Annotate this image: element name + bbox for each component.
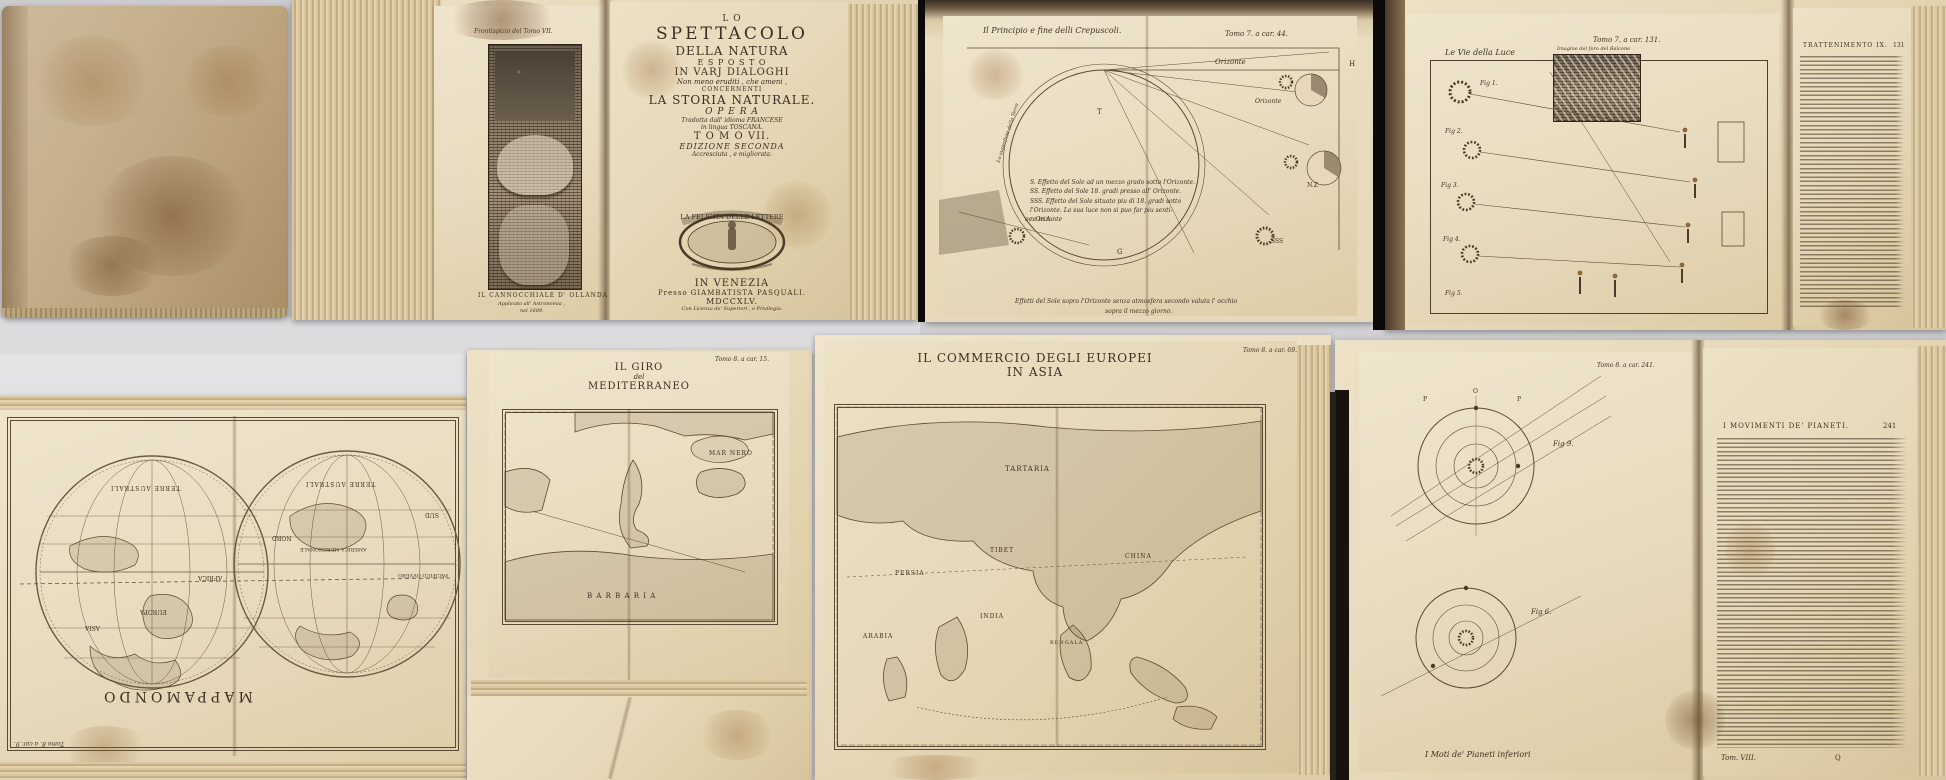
planets-diagram: [1361, 366, 1691, 766]
frontispiece-engraving: [488, 44, 582, 290]
lower-pages: [467, 696, 812, 780]
legend-line: S. Effetto del Sole ad un mezzo grado so…: [1030, 178, 1215, 187]
figure-label: Fig 3.: [1441, 182, 1459, 189]
diagram-point-H: H: [1349, 60, 1355, 68]
photo-mediterraneo: Tomo 8. a car. 15. IL GIRO del MEDITERRA…: [467, 350, 812, 780]
engraving-night-sky: [495, 51, 575, 121]
body-text-block: [1717, 438, 1907, 748]
cover-stain: [182, 46, 272, 116]
figure-label: Fig 5.: [1445, 290, 1463, 297]
title-line: O P E R A: [622, 107, 842, 117]
optics-diagram: [1430, 62, 1770, 312]
imprint-line: Con Licenza de' Superiori , e Privilegio…: [632, 306, 832, 312]
map-label-africa: AFRICA: [198, 574, 222, 581]
page-number: 131: [1893, 42, 1904, 49]
map-label-nord: NORD: [272, 534, 292, 541]
cover-stain: [62, 236, 162, 296]
frontispiece-header: Frontispizio del Tomo VII.: [474, 28, 553, 35]
inset-caption: Imagine del foro del Balcone: [1557, 46, 1630, 52]
plate-corner-reference: Tomo 8. a car. 9.: [14, 740, 64, 747]
photo-book-cover: [2, 6, 288, 318]
map-label-tibet: TIBET: [990, 547, 1014, 554]
title-line: L O: [622, 14, 842, 24]
map-label-china: CHINA: [1125, 553, 1152, 560]
map-label-sud: SUD: [425, 511, 439, 518]
photo-asia-map: Tomo 8. a car. 69. IL COMMERCIO DEGLI EU…: [815, 335, 1331, 780]
body-text-block: [1800, 56, 1904, 308]
frontispiece-caption: IL CANNOCCHIALE D' OLLANDA: [478, 292, 608, 299]
photo-gap: [1373, 0, 1385, 330]
cover-page-edges: [2, 308, 288, 318]
plate-bottom-caption: I Moti de' Pianeti inferiori: [1425, 750, 1531, 759]
title-line: EDIZIONE SECONDA: [622, 142, 842, 151]
legend-line: SS. Effetto del Sole 18. gradi presso al…: [1030, 187, 1215, 196]
map-label-persia: PERSIA: [895, 570, 925, 577]
photo-dark-edge: [1385, 0, 1405, 330]
fold-crease: [1055, 407, 1059, 747]
title-line: IN VARJ DIALOGHI: [622, 67, 842, 78]
book-photo-collage: Frontispizio del Tomo VII. IL CANNOCCHIA…: [0, 0, 1946, 780]
diagram-label-SSS: SSS: [1271, 238, 1283, 245]
figure-label: Fig 6.: [1531, 608, 1551, 616]
photo-crepuscoli-plate: Il Principio e fine delli Crepuscoli. To…: [925, 0, 1373, 322]
mediterranean-map: [505, 412, 773, 620]
title-line: T O M O VII.: [622, 131, 842, 142]
title-line: SPETTACOLO: [622, 24, 842, 44]
diagram-label-NZ: N.Z: [1307, 182, 1318, 189]
page-footer-signature: Q: [1835, 754, 1841, 762]
photo-title-spread: Frontispizio del Tomo VII. IL CANNOCCHIA…: [292, 0, 918, 320]
left-page-stack: [292, 0, 442, 320]
fold-crease: [1145, 16, 1149, 316]
imprint-block: IN VENEZIA Presso GIAMBATISTA PASQUALI. …: [632, 278, 832, 312]
photo-optics-spread: Le Vie della Luce Tomo 7. a car. 131. Im…: [1385, 0, 1946, 330]
engraving-figures: [499, 205, 569, 285]
title-line: Tradotta dall' idioma FRANCESE: [622, 117, 842, 124]
map-title-line: IL COMMERCIO DEGLI EUROPEI: [895, 351, 1175, 365]
photo-planets-spread: Tomo 8. a car. 241. P O: [1335, 340, 1946, 780]
map-title-mappamondo: MAPPAMONDO: [100, 688, 253, 704]
page-footer-volume: Tom. VIII.: [1721, 754, 1756, 762]
title-line: E S P O S T O: [622, 58, 842, 67]
plate-title: Le Vie della Luce: [1445, 48, 1515, 57]
map-label-asia: ASIA: [85, 624, 100, 631]
right-page-stack: [1297, 345, 1331, 775]
figure-label: Fig 4.: [1443, 236, 1461, 243]
diagram-point-O: O: [1473, 388, 1478, 395]
cover-spine: [2, 6, 28, 318]
photo-dark-edge: [1335, 390, 1349, 780]
map-title-line: MEDITERRANEO: [559, 381, 719, 392]
figure-label: Fig 2.: [1445, 128, 1463, 135]
right-page-stack: [1917, 346, 1946, 776]
plate-corner-reference: Tomo 8. a car. 69.: [1243, 347, 1297, 354]
title-line: Accresciuta , e migliorata.: [622, 151, 842, 158]
map-label-america-meridionale: AMERICA MERIDIONALE: [300, 546, 367, 552]
map-label-terre-australi-right: TERRE AUSTRALI: [305, 480, 375, 487]
bottom-page-stack: [0, 762, 466, 780]
map-label-india: INDIA: [980, 613, 1004, 620]
cover-stain: [97, 156, 247, 276]
page-header: TRATTENIMENTO IX.: [1803, 42, 1888, 49]
photo-gap: [1330, 392, 1336, 780]
map-label-barbaria: B A R B A R I A: [587, 592, 656, 600]
title-line: CONCERNENTI: [622, 86, 842, 93]
map-label-tartaria: TARTARIA: [1005, 465, 1050, 473]
frontispiece-caption: nel 1609.: [520, 308, 544, 314]
fold-crease: [627, 410, 631, 680]
figure-label: Fig 1.: [1480, 80, 1498, 87]
diagram-orizonte-label: Orizonte: [1215, 58, 1246, 66]
map-title-block: IL GIRO del MEDITERRANEO: [559, 362, 719, 392]
right-page-stack: [1911, 6, 1946, 328]
title-text-block: L O SPETTACOLO DELLA NATURA E S P O S T …: [622, 14, 842, 158]
map-title-block: IL COMMERCIO DEGLI EUROPEI IN ASIA: [895, 351, 1175, 379]
plate-bottom-caption: Effetti del Sole sopra l'Orizonte senza …: [1015, 298, 1237, 305]
plate-bottom-caption-2: sopra il mezzo giorno.: [1105, 308, 1172, 315]
diagram-legend: S. Effetto del Sole ad un mezzo grado so…: [1030, 178, 1215, 224]
photo-mappamondo: TERRE AUSTRALI TERRE AUSTRALI NORD SUD A…: [0, 396, 466, 780]
engraving-figures: [497, 135, 573, 195]
title-line: Non meno eruditi , che ameni ,: [622, 78, 842, 86]
title-line: in lingua TOSCANA.: [622, 124, 842, 131]
map-title-line: IL GIRO: [559, 362, 719, 373]
imprint-line: Presso GIAMBATISTA PASQUALI.: [632, 289, 832, 297]
legend-line: re in A.: [1030, 215, 1215, 224]
imprint-line: IN VENEZIA: [632, 278, 832, 289]
cover-stain: [32, 36, 152, 126]
map-label-mar-nero: MAR NERO: [709, 450, 753, 457]
page-number: 241: [1883, 422, 1896, 430]
title-line: LA STORIA NATURALE.: [622, 93, 842, 107]
backdrop-patch: [0, 318, 920, 354]
map-label-pacifico: PACIFICO OVVERO: [398, 572, 448, 578]
printer-device: LA FELICITA DELLE LETTERE: [672, 206, 792, 272]
figure-label: Fig 9.: [1553, 440, 1573, 448]
legend-line: SSS. Effetto del Sole situato piu di 18.…: [1030, 197, 1215, 206]
diagram-point-T: T: [1097, 108, 1102, 116]
plate-title: Il Principio e fine delli Crepuscoli.: [983, 26, 1121, 35]
map-title-line: del: [559, 373, 719, 381]
plate-corner-reference: Tomo 7. a car. 131.: [1593, 36, 1660, 44]
right-page-stack: [848, 4, 918, 320]
printer-device-motto: LA FELICITA DELLE LETTERE: [680, 213, 783, 221]
diagram-orizonte-label-2: Orizonte: [1255, 98, 1281, 105]
diagram-point-P: P: [1423, 396, 1427, 403]
diagram-point-G: G: [1117, 248, 1123, 256]
plate-corner-reference: Tomo 7. a car. 44.: [1225, 30, 1288, 38]
page-header: I MOVIMENTI DE' PIANETI.: [1723, 422, 1849, 430]
imprint-line: MDCCXLV.: [632, 297, 832, 306]
map-title-line: IN ASIA: [895, 365, 1175, 379]
plate-corner-reference: Tomo 8. a car. 15.: [715, 356, 769, 363]
page-stack: [471, 680, 807, 696]
map-label-terre-australi-left: TERRE AUSTRALI: [110, 484, 180, 491]
diagram-point-P2: P: [1517, 396, 1521, 403]
title-line: DELLA NATURA: [622, 44, 842, 58]
photo-gap: [918, 0, 925, 322]
legend-line: l'Orizonte. La sua luce non si puo far p…: [1030, 206, 1215, 215]
map-label-arabia: ARABIA: [863, 633, 893, 640]
frontispiece-caption: Applicato all' Astronomia ,: [498, 301, 565, 307]
map-label-europa: EUROPA: [140, 608, 167, 615]
fold-crease: [232, 416, 237, 756]
